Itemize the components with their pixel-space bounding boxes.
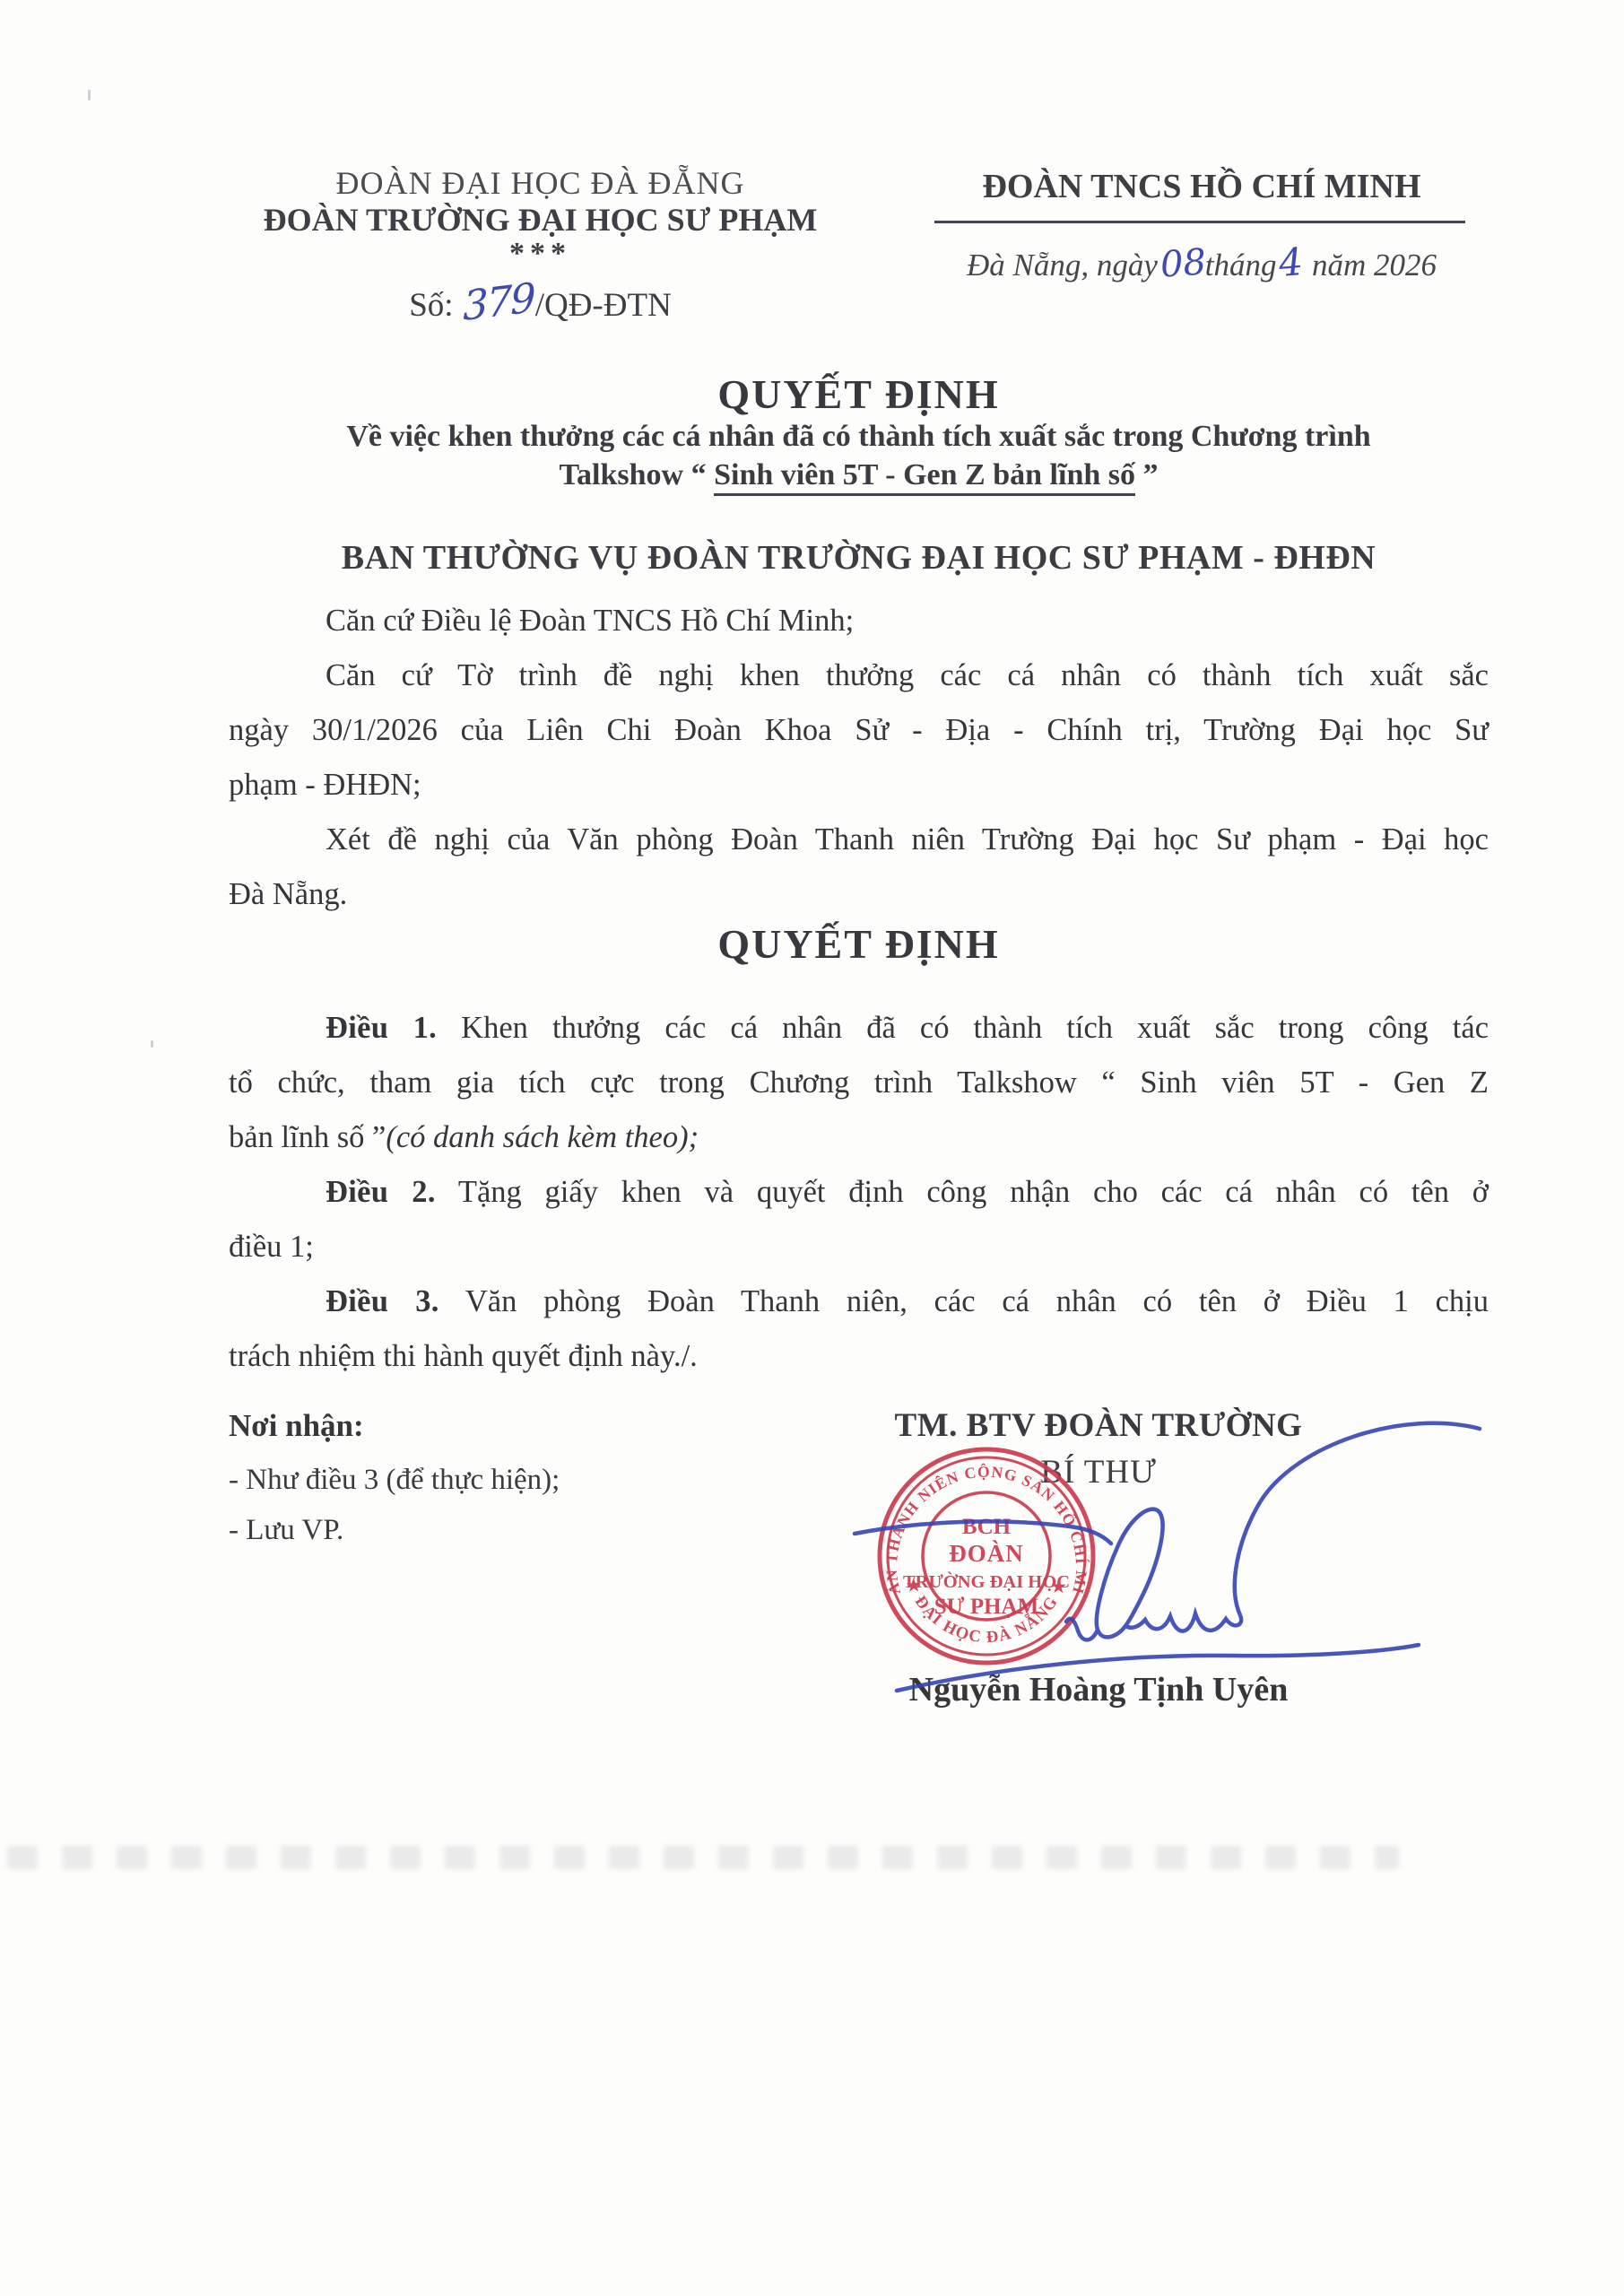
stamp-center-line4: SƯ PHẠM [934, 1595, 1038, 1619]
header-separator-stars: *** [206, 237, 874, 271]
text-run: Căn cứ Điều lệ Đoàn TNCS Hồ Chí Minh; [326, 604, 854, 638]
text-run: Điều 2. [326, 1175, 436, 1209]
document-number: Số: 379/QĐ-ĐTN [206, 278, 874, 326]
subject-underlined: Sinh viên 5T - Gen Z bản lĩnh số [714, 458, 1135, 496]
issuing-parent-org: ĐOÀN ĐẠI HỌC ĐÀ ĐẴNG [206, 164, 874, 202]
dateline-place: Đà Nẵng, ngày [967, 248, 1158, 283]
stamp-graphic: ĐOÀN THANH NIÊN CỘNG SẢN HỒ CHÍ MINH ★ Đ… [874, 1444, 1099, 1668]
text-line: phạm - ĐHĐN; [229, 758, 1489, 813]
dateline: Đà Nẵng, ngày08tháng4 năm 2026 [897, 240, 1507, 284]
scan-speck [88, 90, 91, 100]
text-run: bản lĩnh số ” [229, 1120, 386, 1154]
signing-authority: TM. BTV ĐOÀN TRƯỜNG [834, 1406, 1363, 1445]
decision-heading: QUYẾT ĐỊNH [229, 920, 1489, 968]
scan-speck [151, 1040, 153, 1048]
text-run: Tặng giấy khen và quyết định công nhận c… [436, 1175, 1489, 1209]
dateline-month-handwritten: 4 [1276, 239, 1304, 285]
scanned-decision-document: ĐOÀN ĐẠI HỌC ĐÀ ĐẴNG ĐOÀN TRƯỜNG ĐẠI HỌC… [0, 0, 1624, 2296]
national-org: ĐOÀN TNCS HỒ CHÍ MINH [906, 167, 1498, 206]
stamp-center-line1: BCH [962, 1515, 1012, 1539]
text-line: Căn cứ Tờ trình đề nghị khen thưởng các … [229, 648, 1489, 703]
document-title: QUYẾT ĐỊNH [229, 370, 1489, 418]
stamp-center-line2: ĐOÀN [949, 1540, 1024, 1567]
text-line: Căn cứ Điều lệ Đoàn TNCS Hồ Chí Minh; [229, 594, 1489, 648]
text-line: bản lĩnh số ”(có danh sách kèm theo); [229, 1110, 1489, 1165]
dateline-month-label: tháng [1205, 248, 1277, 283]
document-number-suffix: /QĐ-ĐTN [535, 287, 672, 324]
recipients-list: - Như điều 3 (để thực hiện);- Lưu VP. [229, 1455, 803, 1555]
text-run: phạm - ĐHĐN; [229, 768, 421, 802]
text-line: điều 1; [229, 1220, 1489, 1274]
articles: Điều 1. Khen thưởng các cá nhân đã có th… [229, 1001, 1489, 1384]
scan-artifact-band [7, 1846, 1399, 1869]
subject-prefix: Talkshow “ [560, 458, 715, 491]
text-run: Điều 1. [326, 1011, 437, 1045]
text-run: Đà Nẵng. [229, 877, 347, 911]
document-number-handwritten: 379 [463, 274, 534, 330]
subject-suffix: ” [1135, 458, 1159, 491]
recipient-item: - Như điều 3 (để thực hiện); [229, 1455, 803, 1505]
text-run: Điều 3. [326, 1284, 439, 1318]
text-run: tổ chức, tham gia tích cực trong Chương … [229, 1065, 1489, 1100]
text-run: trách nhiệm thi hành quyết định này./. [229, 1339, 698, 1373]
text-run: Căn cứ Tờ trình đề nghị khen thưởng các … [326, 658, 1489, 692]
text-line: tổ chức, tham gia tích cực trong Chương … [229, 1056, 1489, 1110]
text-line: Điều 2. Tặng giấy khen và quyết định côn… [229, 1165, 1489, 1220]
text-run: Xét đề nghị của Văn phòng Đoàn Thanh niê… [326, 822, 1489, 857]
text-line: ngày 30/1/2026 của Liên Chi Đoàn Khoa Sử… [229, 703, 1489, 758]
issuing-org: ĐOÀN TRƯỜNG ĐẠI HỌC SƯ PHẠM [206, 201, 874, 239]
text-run: điều 1; [229, 1230, 314, 1264]
text-line: Điều 3. Văn phòng Đoàn Thanh niên, các c… [229, 1274, 1489, 1329]
recipient-item: - Lưu VP. [229, 1505, 803, 1555]
text-run: ngày 30/1/2026 của Liên Chi Đoàn Khoa Sử… [229, 713, 1489, 747]
official-stamp: ĐOÀN THANH NIÊN CỘNG SẢN HỒ CHÍ MINH ★ Đ… [874, 1444, 1099, 1668]
recipients-heading: Nơi nhận: [229, 1408, 364, 1444]
header-underline [934, 221, 1465, 223]
document-number-label: Số: [409, 287, 462, 324]
text-line: Xét đề nghị của Văn phòng Đoàn Thanh niê… [229, 813, 1489, 867]
text-run: (có danh sách kèm theo); [386, 1120, 699, 1154]
signer-name: Nguyễn Hoàng Tịnh Uyên [834, 1670, 1363, 1709]
document-subject-line2: Talkshow “ Sinh viên 5T - Gen Z bản lĩnh… [179, 458, 1538, 492]
text-run: Văn phòng Đoàn Thanh niên, các cá nhân c… [439, 1284, 1489, 1318]
text-line: Điều 1. Khen thưởng các cá nhân đã có th… [229, 1001, 1489, 1056]
preamble: Căn cứ Điều lệ Đoàn TNCS Hồ Chí Minh;Căn… [229, 594, 1489, 922]
document-subject-line1: Về việc khen thưởng các cá nhân đã có th… [179, 420, 1538, 454]
dateline-day-handwritten: 08 [1159, 241, 1207, 285]
issuer-heading: BAN THƯỜNG VỤ ĐOÀN TRƯỜNG ĐẠI HỌC SƯ PHẠ… [229, 538, 1489, 578]
dateline-year: năm 2026 [1304, 248, 1437, 283]
text-run: Khen thưởng các cá nhân đã có thành tích… [437, 1011, 1489, 1045]
text-line: trách nhiệm thi hành quyết định này./. [229, 1329, 1489, 1384]
stamp-center-line3: TRƯỜNG ĐẠI HỌC [903, 1570, 1070, 1592]
text-line: Đà Nẵng. [229, 867, 1489, 922]
